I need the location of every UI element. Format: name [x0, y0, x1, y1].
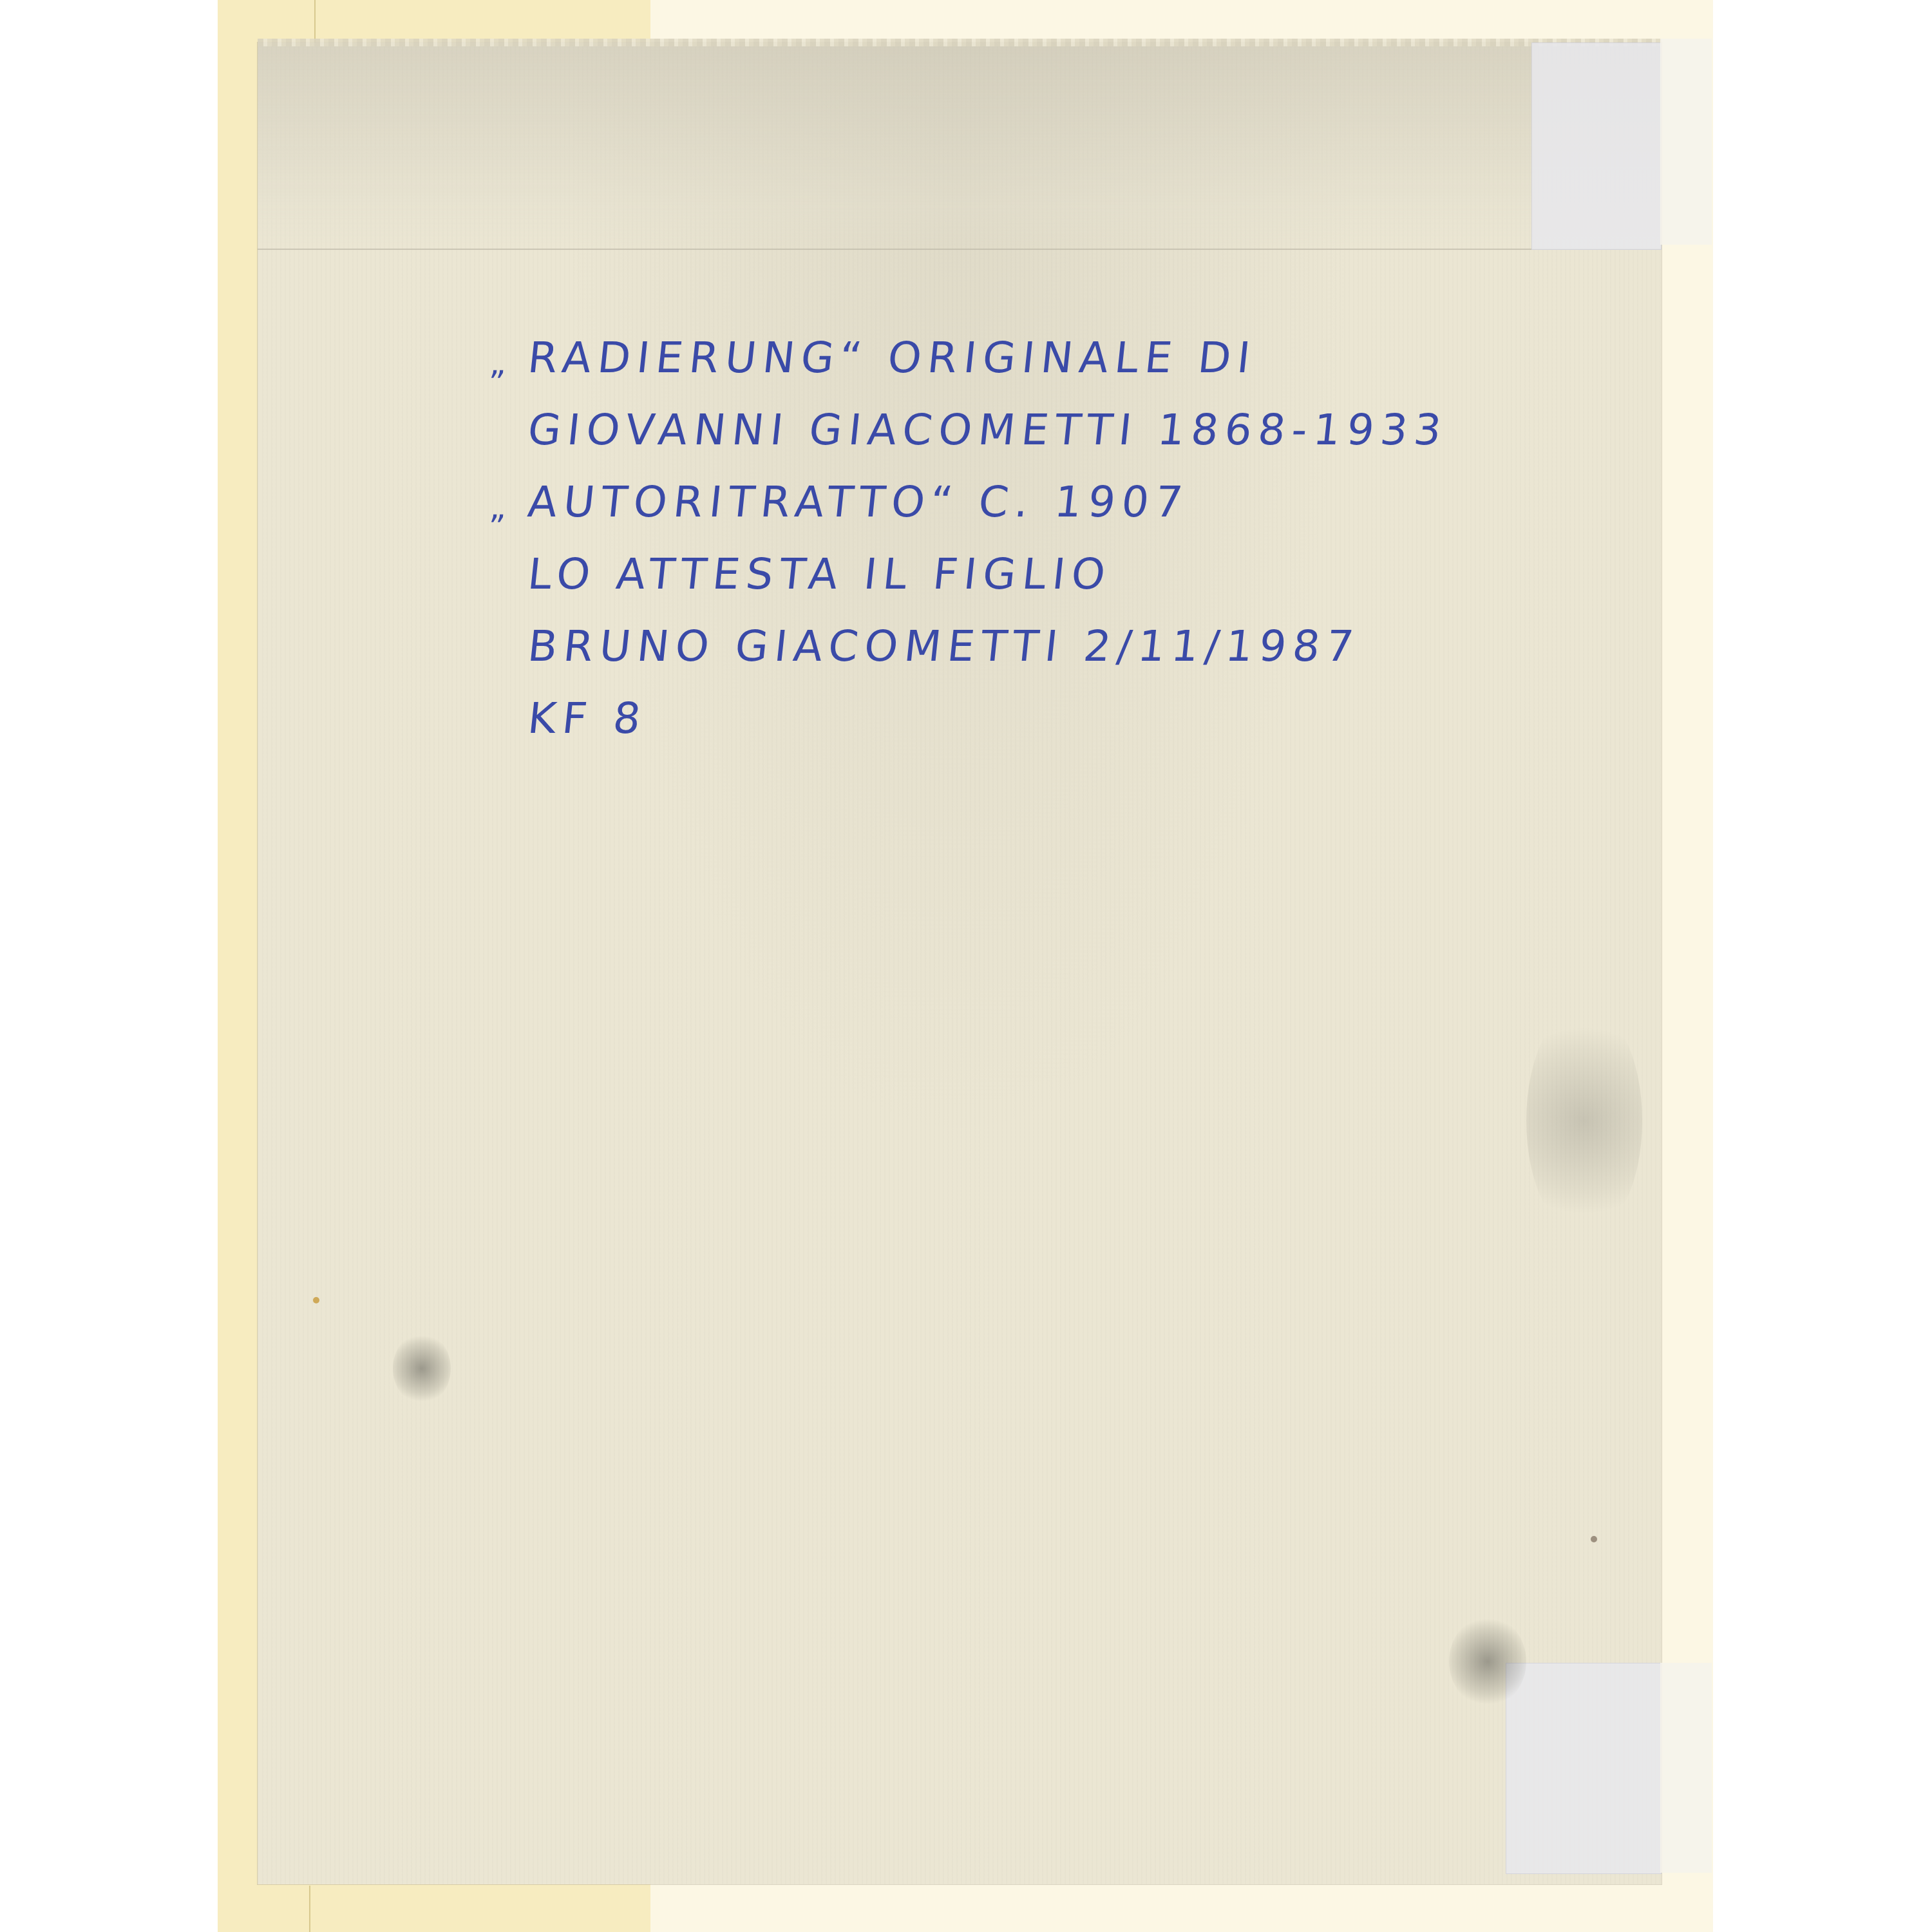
tape-hinge-top-right-overhang — [1660, 39, 1712, 245]
inscription-line-6-text: KF 8 — [526, 694, 649, 743]
inscription-line-2: GIOVANNI GIACOMETTI 1868-1933 — [524, 394, 1691, 466]
mat-board-right-bottom — [650, 1880, 1713, 1932]
mat-board-left-strip — [218, 0, 258, 1932]
inscription-line-1-text: RADIERUNG“ ORIGINALE DI — [526, 333, 1259, 383]
inscription-line-5: BRUNO GIACOMETTI 2/11/1987 — [524, 611, 1691, 683]
mat-board-right-column — [1662, 0, 1713, 1932]
sheet-torn-top-edge — [258, 39, 1662, 46]
graphite-smudge-bottom-right — [1449, 1616, 1526, 1707]
inscription-line-5-text: BRUNO GIACOMETTI 2/11/1987 — [526, 621, 1362, 671]
tape-hinge-bottom-right — [1506, 1663, 1662, 1874]
tape-hinge-bottom-right-overhang — [1660, 1663, 1712, 1873]
inscription-line-4-text: LO ATTESTA IL FIGLIO — [526, 549, 1114, 599]
mat-board-bottom-strip — [218, 1880, 650, 1932]
inscription-line-4: LO ATTESTA IL FIGLIO — [524, 538, 1691, 611]
inscription-line-3: „ AUTORITRATTO“ c. 1907 — [524, 466, 1691, 538]
foxing-speck-right — [1591, 1536, 1597, 1542]
paper-sheet — [258, 43, 1662, 1884]
graphite-smudge-right — [1526, 1005, 1642, 1236]
inscription-line-3-text: AUTORITRATTO“ c. 1907 — [526, 477, 1191, 527]
handwritten-inscription: „ RADIERUNG“ ORIGINALE DI GIOVANNI GIACO… — [528, 322, 1687, 755]
sheet-discolored-top-band — [258, 43, 1662, 250]
graphite-smudge-left — [393, 1333, 451, 1404]
inscription-line-1: „ RADIERUNG“ ORIGINALE DI — [524, 322, 1691, 394]
mat-seam-bottom — [309, 1886, 310, 1932]
foxing-speck-left — [313, 1297, 319, 1303]
inscription-line-2-text: GIOVANNI GIACOMETTI 1868-1933 — [526, 405, 1450, 455]
inscription-line-6: KF 8 — [524, 683, 1691, 755]
tape-hinge-top-right — [1531, 43, 1662, 250]
